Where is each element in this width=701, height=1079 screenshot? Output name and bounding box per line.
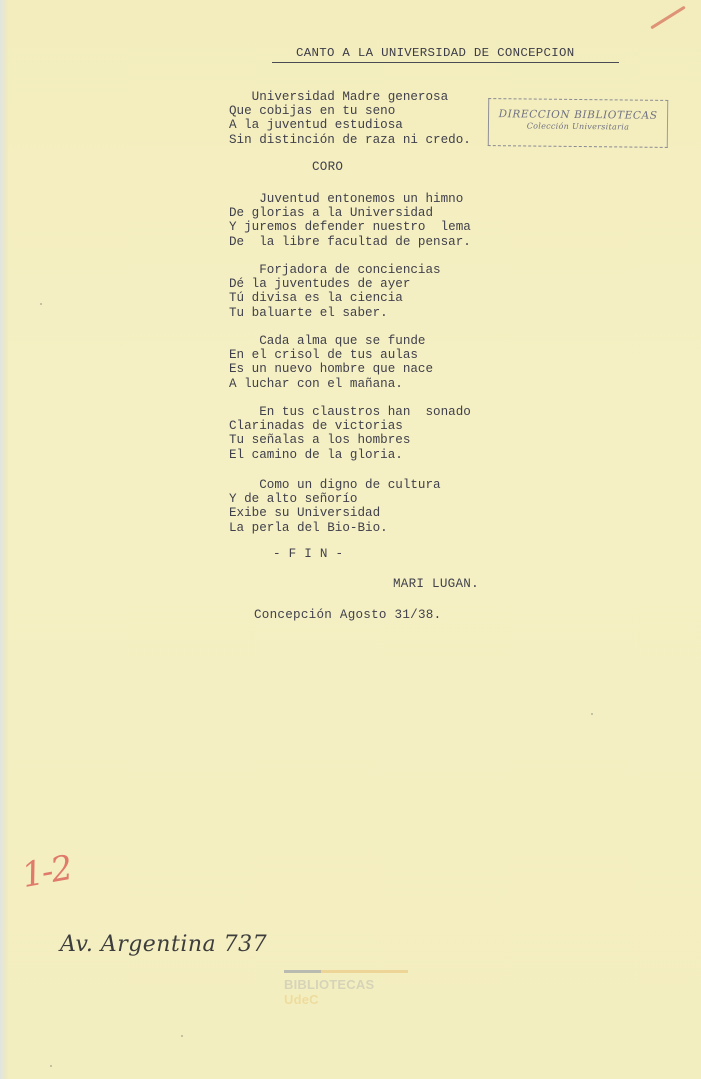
- verse-line: El camino de la gloria.: [229, 448, 471, 462]
- verse-line: Universidad Madre generosa: [229, 90, 471, 104]
- chorus-heading: CORO: [312, 160, 343, 174]
- place-date: Concepción Agosto 31/38.: [254, 608, 441, 622]
- verse-line: A la juventud estudiosa: [229, 118, 471, 132]
- verse-line: Exibe su Universidad: [229, 506, 441, 520]
- verse-line: Y de alto señorío: [229, 492, 441, 506]
- verse-line: Forjadora de conciencias: [229, 263, 441, 277]
- stanza-chorus: Juventud entonemos un himno De glorias a…: [229, 192, 471, 249]
- stanza-4: En tus claustros han sonado Clarinadas d…: [229, 405, 471, 462]
- verse-line: Tu baluarte el saber.: [229, 306, 441, 320]
- verse-line: Y juremos defender nuestro lema: [229, 220, 471, 234]
- stamp-line-2: Colección Universitaria: [489, 121, 667, 132]
- document-title: CANTO A LA UNIVERSIDAD DE CONCEPCION: [272, 46, 619, 63]
- watermark-bar: [284, 970, 408, 973]
- stanza-1: Universidad Madre generosa Que cobijas e…: [229, 90, 471, 147]
- typewritten-page: CANTO A LA UNIVERSIDAD DE CONCEPCION Uni…: [0, 0, 701, 1079]
- library-watermark: BIBLIOTECAS UdeC: [284, 970, 408, 1007]
- end-mark: - F I N -: [273, 547, 343, 561]
- verse-line: Clarinadas de victorias: [229, 419, 471, 433]
- verse-line: De glorias a la Universidad: [229, 206, 471, 220]
- stanza-2: Forjadora de conciencias Dé la juventude…: [229, 263, 441, 320]
- library-stamp: DIRECCION BIBLIOTECAS Colección Universi…: [488, 98, 668, 148]
- watermark-text: BIBLIOTECAS UdeC: [284, 977, 408, 1007]
- verse-line: La perla del Bio-Bio.: [229, 521, 441, 535]
- red-pencil-mark: [650, 6, 686, 30]
- author-signature: MARI LUGAN.: [393, 577, 479, 591]
- verse-line: De la libre facultad de pensar.: [229, 235, 471, 249]
- verse-line: Sin distinción de raza ni credo.: [229, 133, 471, 147]
- stanza-3: Cada alma que se funde En el crisol de t…: [229, 334, 433, 391]
- verse-line: Cada alma que se funde: [229, 334, 433, 348]
- stanza-5: Como un digno de cultura Y de alto señor…: [229, 478, 441, 535]
- verse-line: A luchar con el mañana.: [229, 377, 433, 391]
- verse-line: En tus claustros han sonado: [229, 405, 471, 419]
- watermark-brand: UdeC: [284, 992, 319, 1007]
- paper-speck: [40, 303, 42, 305]
- verse-line: Dé la juventudes de ayer: [229, 277, 441, 291]
- paper-speck: [591, 713, 593, 715]
- verse-line: Como un digno de cultura: [229, 478, 441, 492]
- verse-line: Tú divisa es la ciencia: [229, 291, 441, 305]
- folio-number: 1-2: [19, 848, 74, 896]
- verse-line: Que cobijas en tu seno: [229, 104, 471, 118]
- verse-line: Tu señalas a los hombres: [229, 433, 471, 447]
- verse-line: Es un nuevo hombre que nace: [229, 362, 433, 376]
- handwritten-address: Av. Argentina 737: [60, 932, 267, 957]
- verse-line: En el crisol de tus aulas: [229, 348, 433, 362]
- paper-speck: [181, 1035, 183, 1037]
- verse-line: Juventud entonemos un himno: [229, 192, 471, 206]
- paper-speck: [50, 1065, 52, 1067]
- stamp-line-1: DIRECCION BIBLIOTECAS: [489, 108, 667, 122]
